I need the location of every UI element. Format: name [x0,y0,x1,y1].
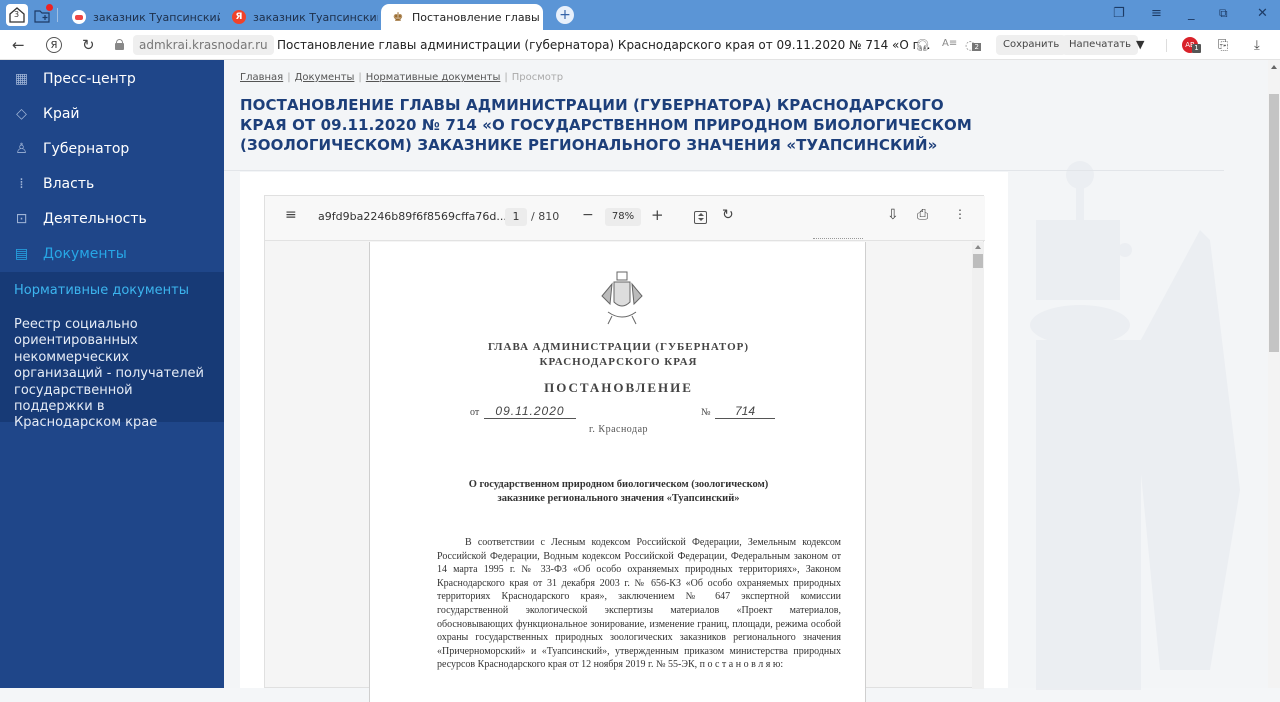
submenu-normative-documents[interactable]: Нормативные документы [14,282,210,299]
notification-dot [46,4,53,11]
red-flag-icon [72,10,86,24]
pdf-menu-icon[interactable]: ≡ [285,207,297,223]
breadcrumb-current: Просмотр [512,72,563,83]
pdf-viewer: ≡ a9fd9ba2246b89f6f8569cffa76d... 1 / 81… [264,195,984,688]
doc-subject: О государственном природном биологическо… [370,478,867,506]
zoom-out-icon[interactable]: − [582,207,594,223]
submenu-nko-registry[interactable]: Реестр социально ориентированных некомме… [14,317,210,432]
building-icon: ⁞ [0,176,43,192]
page-scrollbar[interactable] [1268,60,1280,688]
extension-badge: 1 [1192,44,1201,53]
yandex-icon: Я [232,10,246,24]
headphones-icon[interactable]: 🎧︎ [915,38,930,52]
pdf-page: ГЛАВА АДМИНИСТРАЦИИ (ГУБЕРНАТОР) КРАСНОД… [369,242,866,688]
collections-button[interactable] [32,4,54,26]
url-domain[interactable]: admkrai.krasnodar.ru [133,35,274,55]
sidebar-item-region[interactable]: ◇ Край [0,96,224,131]
save-button[interactable]: Сохранить [996,35,1066,55]
address-page-title[interactable]: Постановление главы администрации (губер… [277,38,930,52]
scroll-up-icon[interactable] [1271,65,1277,69]
tab-label: заказник Туапсинский — [253,11,378,24]
divider [224,170,1224,171]
download-icon[interactable]: ⤓ [1254,38,1260,53]
person-icon: ♙ [0,141,43,157]
doc-city: г. Краснодар [370,424,867,435]
doc-date: 09.11.2020 [484,404,576,419]
map-icon: ◇ [0,106,43,122]
tab-active-document[interactable]: ♚ Постановление главы а × [381,4,543,30]
pdf-scrollbar[interactable] [972,242,984,688]
tab-search-2[interactable]: Я заказник Туапсинский — [222,4,378,30]
back-icon[interactable]: ← [12,36,25,54]
pdf-filename: a9fd9ba2246b89f6f8569cffa76d... [318,210,507,223]
menu-icon[interactable]: ≡ [1151,6,1162,21]
close-window-icon[interactable]: ✕ [1257,6,1268,21]
breadcrumb-normative[interactable]: Нормативные документы [366,72,501,83]
coat-of-arms-icon [598,270,646,328]
doc-number: 714 [715,404,775,419]
reload-icon[interactable]: ↻ [82,36,95,54]
print-button[interactable]: Напечатать [1062,35,1138,55]
pdf-page-input[interactable]: 1 [505,208,527,226]
page-title: ПОСТАНОВЛЕНИЕ ГЛАВЫ АДМИНИСТРАЦИИ (ГУБЕР… [240,95,990,155]
pdf-toolbar: ≡ a9fd9ba2246b89f6f8569cffa76d... 1 / 81… [265,196,985,241]
browser-tab-bar: 3 заказник Туапсинский – Я Я заказник Ту… [0,0,1280,30]
sidebar-item-documents[interactable]: ▤ Документы [0,236,224,271]
minimize-icon[interactable]: _ [1188,6,1195,21]
divider [1166,39,1167,52]
restore-icon[interactable]: ⧉ [1219,6,1228,21]
pdf-print-icon[interactable]: ⎙ [917,207,928,223]
sidebar-item-governor[interactable]: ♙ Губернатор [0,131,224,166]
pdf-zoom-input[interactable]: 78% [605,208,641,226]
sidebar: ▦ Пресс-центр ◇ Край ♙ Губернатор ⁞ Влас… [0,60,224,688]
tab-separator [57,8,58,22]
sidebar-submenu: Нормативные документы Реестр социально о… [0,272,224,422]
sidebar-item-authority[interactable]: ⁞ Власть [0,166,224,201]
tab-search-1[interactable]: заказник Туапсинский – Я [62,4,220,30]
pdf-download-icon[interactable]: ⇩ [887,207,899,223]
reader-mode-icon[interactable]: A≡ [942,38,957,49]
tab-label: заказник Туапсинский – Я [93,11,220,24]
breadcrumb: Главная|Документы|Нормативные документы|… [240,72,563,83]
sidebar-item-activity[interactable]: ⊡ Деятельность [0,201,224,236]
fit-page-icon[interactable] [694,211,707,224]
bookmarks-icon[interactable]: ⎘ [1218,38,1228,53]
page-mark [813,238,863,241]
scroll-up-icon[interactable] [975,245,981,249]
doc-type: ПОСТАНОВЛЕНИЕ [370,380,867,396]
tab-label: Постановление главы а [412,11,543,24]
address-bar: ← Я ↻ admkrai.krasnodar.ru Постановление… [0,30,1280,60]
crest-watermark-icon [1010,110,1260,688]
crest-icon: ♚ [391,10,405,24]
tabs-overview-icon[interactable]: ❐ [1113,6,1125,21]
rotate-icon[interactable]: ↻ [722,207,734,223]
yandex-logo-icon[interactable]: Я [46,37,62,53]
document-icon: ▤ [0,246,43,262]
chevron-down-icon[interactable]: ▼ [1136,38,1144,51]
breadcrumb-home[interactable]: Главная [240,72,283,83]
tabs-home-button[interactable]: 3 [6,4,28,26]
home-badge: 3 [14,10,19,19]
zoom-in-icon[interactable]: + [651,206,664,224]
new-tab-button[interactable]: + [556,6,574,24]
doc-body: В соответствии с Лесным кодексом Российс… [437,536,841,672]
breadcrumb-documents[interactable]: Документы [295,72,355,83]
lock-icon[interactable] [115,39,124,50]
translate-icon[interactable]: ◌2 [965,38,981,52]
scroll-thumb[interactable] [973,254,983,268]
presentation-icon: ⊡ [0,211,43,227]
scroll-thumb[interactable] [1269,94,1279,352]
sidebar-item-press-center[interactable]: ▦ Пресс-центр [0,61,224,96]
pdf-page-count: / 810 [531,210,559,223]
doc-org: ГЛАВА АДМИНИСТРАЦИИ (ГУБЕРНАТОР) КРАСНОД… [370,340,867,370]
newspaper-icon: ▦ [0,71,43,87]
more-options-icon[interactable]: ⋮ [954,207,966,221]
